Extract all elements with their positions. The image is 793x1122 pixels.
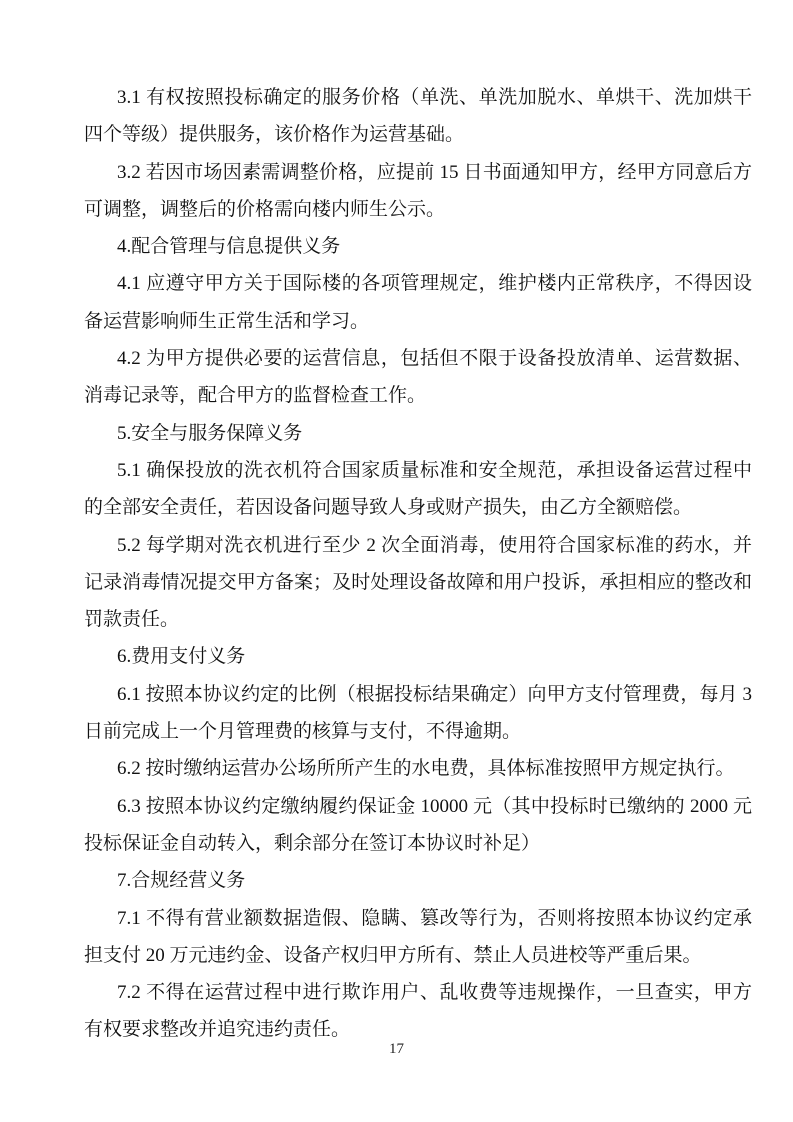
heading-section-7: 7.合规经营义务 (84, 862, 752, 899)
heading-section-5: 5.安全与服务保障义务 (84, 415, 752, 452)
clause-4-2: 4.2 为甲方提供必要的运营信息，包括但不限于设备投放清单、运营数据、消毒记录等… (84, 340, 752, 415)
page-number: 17 (0, 1041, 793, 1058)
clause-6-3: 6.3 按照本协议约定缴纳履约保证金 10000 元（其中投标时已缴纳的 200… (84, 788, 752, 863)
clause-7-1: 7.1 不得有营业额数据造假、隐瞒、篡改等行为，否则将按照本协议约定承担支付 2… (84, 900, 752, 975)
clause-5-2: 5.2 每学期对洗衣机进行至少 2 次全面消毒，使用符合国家标准的药水，并记录消… (84, 527, 752, 639)
heading-section-6: 6.费用支付义务 (84, 638, 752, 675)
clause-7-2: 7.2 不得在运营过程中进行欺诈用户、乱收费等违规操作，一旦查实，甲方有权要求整… (84, 974, 752, 1049)
contract-body: 3.1 有权按照投标确定的服务价格（单洗、单洗加脱水、单烘干、洗加烘干四个等级）… (84, 79, 752, 1049)
clause-5-1: 5.1 确保投放的洗衣机符合国家质量标准和安全规范，承担设备运营过程中的全部安全… (84, 452, 752, 527)
clause-6-1: 6.1 按照本协议约定的比例（根据投标结果确定）向甲方支付管理费，每月 3 日前… (84, 676, 752, 751)
clause-3-2: 3.2 若因市场因素需调整价格，应提前 15 日书面通知甲方，经甲方同意后方可调… (84, 154, 752, 229)
heading-section-4: 4.配合管理与信息提供义务 (84, 228, 752, 265)
clause-6-2: 6.2 按时缴纳运营办公场所所产生的水电费，具体标准按照甲方规定执行。 (84, 750, 752, 787)
clause-3-1: 3.1 有权按照投标确定的服务价格（单洗、单洗加脱水、单烘干、洗加烘干四个等级）… (84, 79, 752, 154)
clause-4-1: 4.1 应遵守甲方关于国际楼的各项管理规定，维护楼内正常秩序，不得因设备运营影响… (84, 265, 752, 340)
document-page: 3.1 有权按照投标确定的服务价格（单洗、单洗加脱水、单烘干、洗加烘干四个等级）… (0, 0, 793, 1122)
